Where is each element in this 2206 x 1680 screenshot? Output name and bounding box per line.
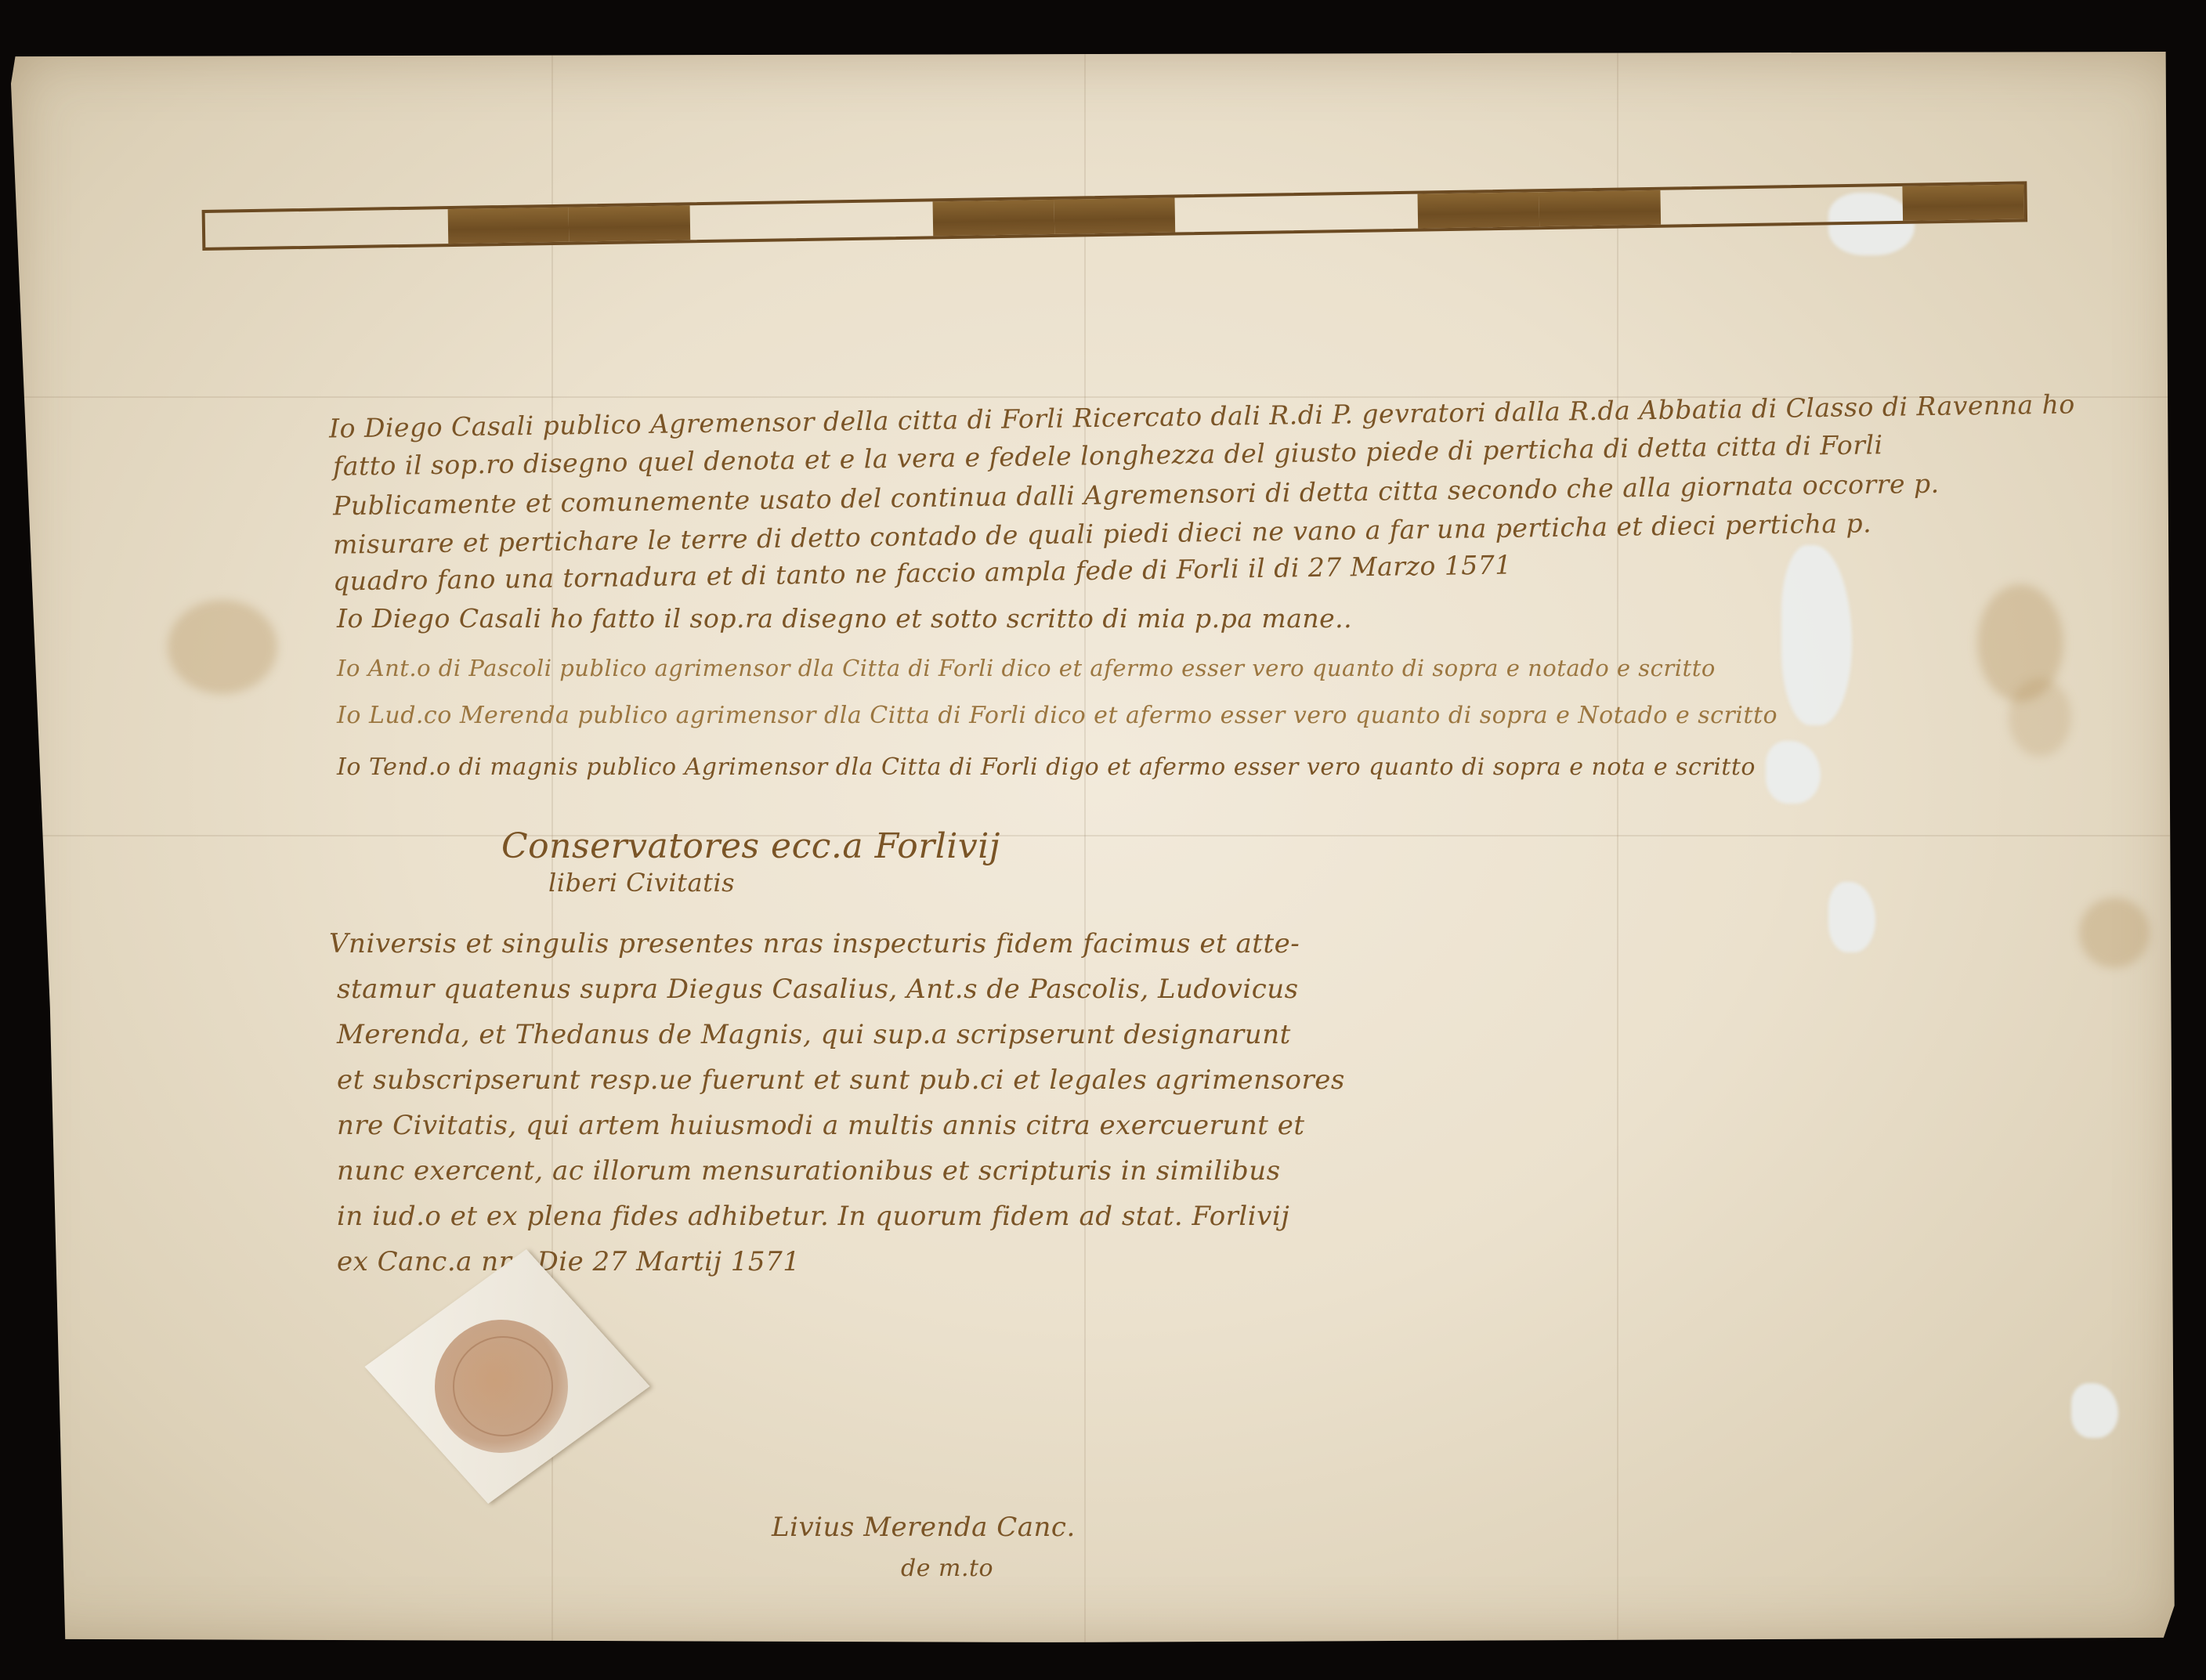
water-stain <box>2009 678 2071 757</box>
scale-segment <box>205 211 327 247</box>
scale-segment <box>1417 192 1539 228</box>
paper-damage <box>1828 882 1875 952</box>
certification-line: nre Civitatis, qui artem huiusmodi a mul… <box>337 1110 1304 1141</box>
paper-damage <box>1781 545 1852 725</box>
scale-segment <box>690 204 812 240</box>
certification-line: et subscripserunt resp.ue fuerunt et sun… <box>337 1064 1345 1096</box>
heading-line: Conservatores ecc.a Forlivij <box>501 826 1000 866</box>
scale-segment <box>812 201 933 237</box>
signature-subline: de m.to <box>901 1555 993 1582</box>
paper-damage <box>1766 741 1821 804</box>
scale-segment <box>1175 196 1296 232</box>
attestation-line: Io Ant.o di Pascoli publico agrimensor d… <box>337 655 1716 681</box>
seal-impression-ring <box>453 1336 553 1436</box>
water-stain <box>2079 898 2150 968</box>
certification-line: Merenda, et Thedanus de Magnis, qui sup.… <box>337 1019 1291 1050</box>
attestation-line: Io Lud.co Merenda publico agrimensor dla… <box>337 702 1777 729</box>
scale-segment <box>1781 186 1903 222</box>
scale-segment <box>569 205 690 241</box>
signature-name: Livius Merenda Canc. <box>772 1512 1076 1543</box>
water-stain <box>168 600 277 694</box>
attestation-line: Io Diego Casali ho fatto il sop.ra diseg… <box>337 603 1352 634</box>
fold-line <box>1084 52 1086 1646</box>
scale-segment <box>1296 194 1418 230</box>
scale-segment <box>326 209 447 245</box>
scale-segment <box>1660 188 1781 224</box>
fold-line <box>11 835 2181 836</box>
scale-segment <box>1539 190 1660 226</box>
certification-line: nunc exercent, ac illorum mensurationibu… <box>337 1155 1281 1187</box>
manuscript-sheet <box>11 52 2181 1646</box>
certification-line: ex Canc.a nra Die 27 Martij 1571 <box>337 1246 800 1277</box>
attestation-line: Io Tend.o di magnis publico Agrimensor d… <box>337 753 1756 781</box>
certification-line: stamur quatenus supra Diegus Casalius, A… <box>337 974 1299 1005</box>
certification-line: in iud.o et ex plena fides adhibetur. In… <box>337 1201 1289 1232</box>
certification-line: Vniversis et singulis presentes nras ins… <box>329 928 1300 959</box>
paper-damage <box>2071 1383 2118 1438</box>
scale-segment <box>1903 184 2024 220</box>
scale-segment <box>1054 197 1175 233</box>
fold-line <box>1617 52 1618 1646</box>
scale-segment <box>447 208 569 244</box>
scale-segment <box>932 200 1054 236</box>
heading-line: liberi Civitatis <box>548 868 735 898</box>
